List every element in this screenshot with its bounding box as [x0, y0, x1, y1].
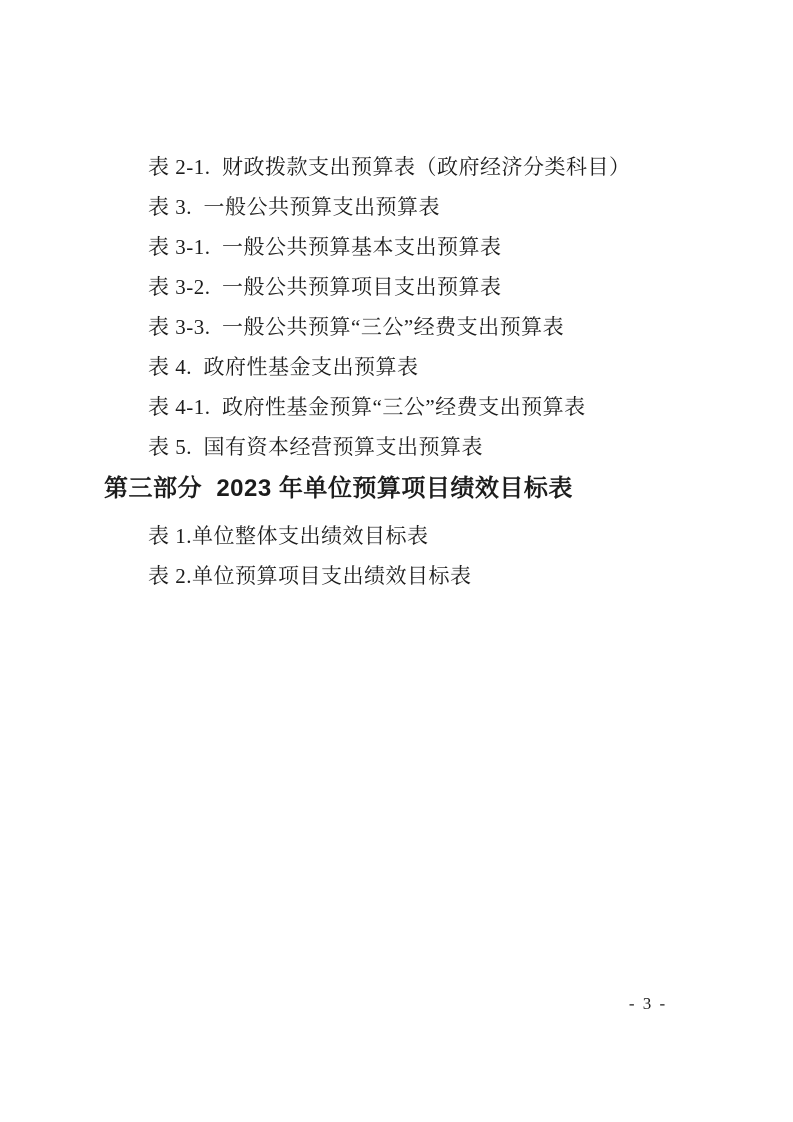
section-heading: 第三部分 2023 年单位预算项目绩效目标表 [104, 468, 573, 503]
toc-item: 表 5. 国有资本经营预算支出预算表 [148, 426, 631, 466]
budget-table-list: 表 2-1. 财政拨款支出预算表（政府经济分类科目）表 3. 一般公共预算支出预… [148, 146, 631, 466]
toc-sub-item: 表 2.单位预算项目支出绩效目标表 [148, 555, 472, 595]
toc-item: 表 4-1. 政府性基金预算“三公”经费支出预算表 [148, 386, 631, 426]
toc-item: 表 2-1. 财政拨款支出预算表（政府经济分类科目） [148, 146, 631, 186]
page-number: - 3 - [598, 994, 698, 1014]
performance-target-table-list: 表 1.单位整体支出绩效目标表表 2.单位预算项目支出绩效目标表 [148, 515, 472, 595]
toc-sub-item: 表 1.单位整体支出绩效目标表 [148, 515, 472, 555]
toc-item: 表 3. 一般公共预算支出预算表 [148, 186, 631, 226]
toc-item: 表 3-1. 一般公共预算基本支出预算表 [148, 226, 631, 266]
toc-item: 表 4. 政府性基金支出预算表 [148, 346, 631, 386]
toc-item: 表 3-2. 一般公共预算项目支出预算表 [148, 266, 631, 306]
document-page: 表 2-1. 财政拨款支出预算表（政府经济分类科目）表 3. 一般公共预算支出预… [0, 0, 793, 1122]
toc-item: 表 3-3. 一般公共预算“三公”经费支出预算表 [148, 306, 631, 346]
